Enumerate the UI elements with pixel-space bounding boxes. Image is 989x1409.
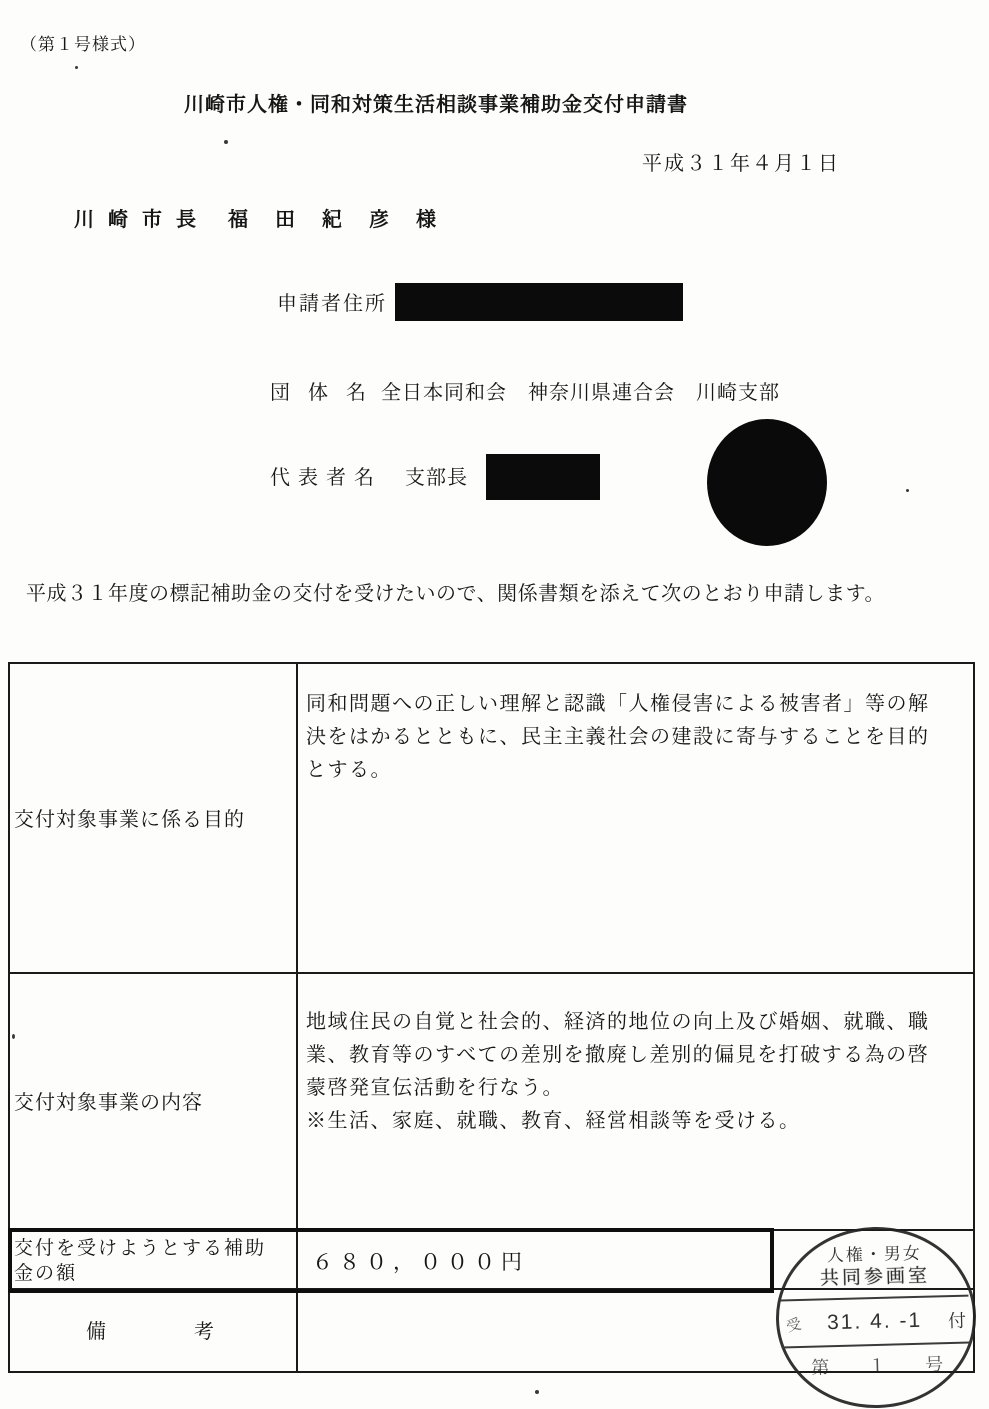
form-number: （第１号様式）: [20, 30, 146, 55]
stamp-date-row: 受 31. 4. -1 付: [776, 1302, 977, 1341]
applicant-address-label: 申請者住所: [277, 287, 387, 316]
document-date: 平成３１年４月１日: [642, 147, 840, 176]
amount-value: ６８０，０００円: [312, 1246, 528, 1276]
stamp-number-row: 第 １ 号: [777, 1348, 978, 1381]
application-statement: 平成３１年度の標記補助金の交付を受けたいので、関係書類を添えて次のとおり申請しま…: [26, 577, 885, 606]
group-name-value: 全日本同和会 神奈川県連合会 川崎支部: [381, 376, 780, 405]
document-title: 川崎市人権・同和対策生活相談事業補助金交付申請書: [184, 88, 688, 117]
stamp-number-prefix: 第: [811, 1353, 830, 1379]
remarks-label-left: 備: [86, 1315, 106, 1344]
purpose-row-content: 同和問題への正しい理解と認識「人権侵害による被害者」等の解決をはかるとともに、民…: [306, 688, 946, 787]
scan-speck: [12, 1034, 15, 1039]
amount-row-label: 交付を受けようとする補助金の額: [14, 1236, 274, 1286]
scanned-application-form: （第１号様式） 川崎市人権・同和対策生活相談事業補助金交付申請書 平成３１年４月…: [0, 0, 989, 1409]
representative-title: 支部長: [405, 461, 468, 490]
content-row-label-text: 交付対象事業の内容: [14, 1086, 203, 1115]
purpose-row-label-text: 交付対象事業に係る目的: [14, 803, 245, 832]
remarks-label-right: 考: [194, 1315, 214, 1344]
addressee-line: 川崎市長福田紀彦様: [74, 203, 463, 232]
addressee-office: 川崎市長: [74, 209, 210, 231]
address-redaction-box: [395, 283, 683, 321]
stamp-date: 31. 4. -1: [827, 1309, 923, 1335]
content-row-content: 地域住民の自覚と社会的、経済的地位の向上及び婚姻、就職、職業、教育等のすべての差…: [306, 1006, 946, 1138]
receipt-stamp: 人権・男女 共同参画室 受 31. 4. -1 付 第 １ 号: [774, 1224, 979, 1409]
name-redaction-box: [486, 454, 600, 500]
scan-speck: [906, 489, 909, 492]
stamp-number-value: １: [868, 1352, 887, 1378]
group-name-label: 団体名: [270, 376, 384, 405]
content-row-label: 交付対象事業の内容: [14, 972, 288, 1229]
stamp-suffix-char: 付: [948, 1307, 967, 1333]
scan-speck: [535, 1390, 539, 1394]
stamp-office-line2: 共同参画室: [775, 1259, 976, 1291]
content-row-note: ※生活、家庭、就職、教育、経営相談等を受ける。: [306, 1105, 946, 1138]
addressee-name: 福田紀彦様: [228, 209, 463, 231]
content-row-main-text: 地域住民の自覚と社会的、経済的地位の向上及び婚姻、就職、職業、教育等のすべての差…: [306, 1006, 946, 1105]
purpose-row-label: 交付対象事業に係る目的: [14, 662, 288, 972]
scan-speck: [75, 66, 78, 69]
representative-label: 代表者名: [270, 461, 382, 490]
stamp-receive-char: 受: [784, 1312, 804, 1336]
personal-seal-redacted: [707, 419, 827, 546]
scan-speck: [224, 140, 228, 144]
remarks-row-label: 備 考: [14, 1288, 286, 1371]
stamp-number-suffix: 号: [925, 1350, 944, 1376]
